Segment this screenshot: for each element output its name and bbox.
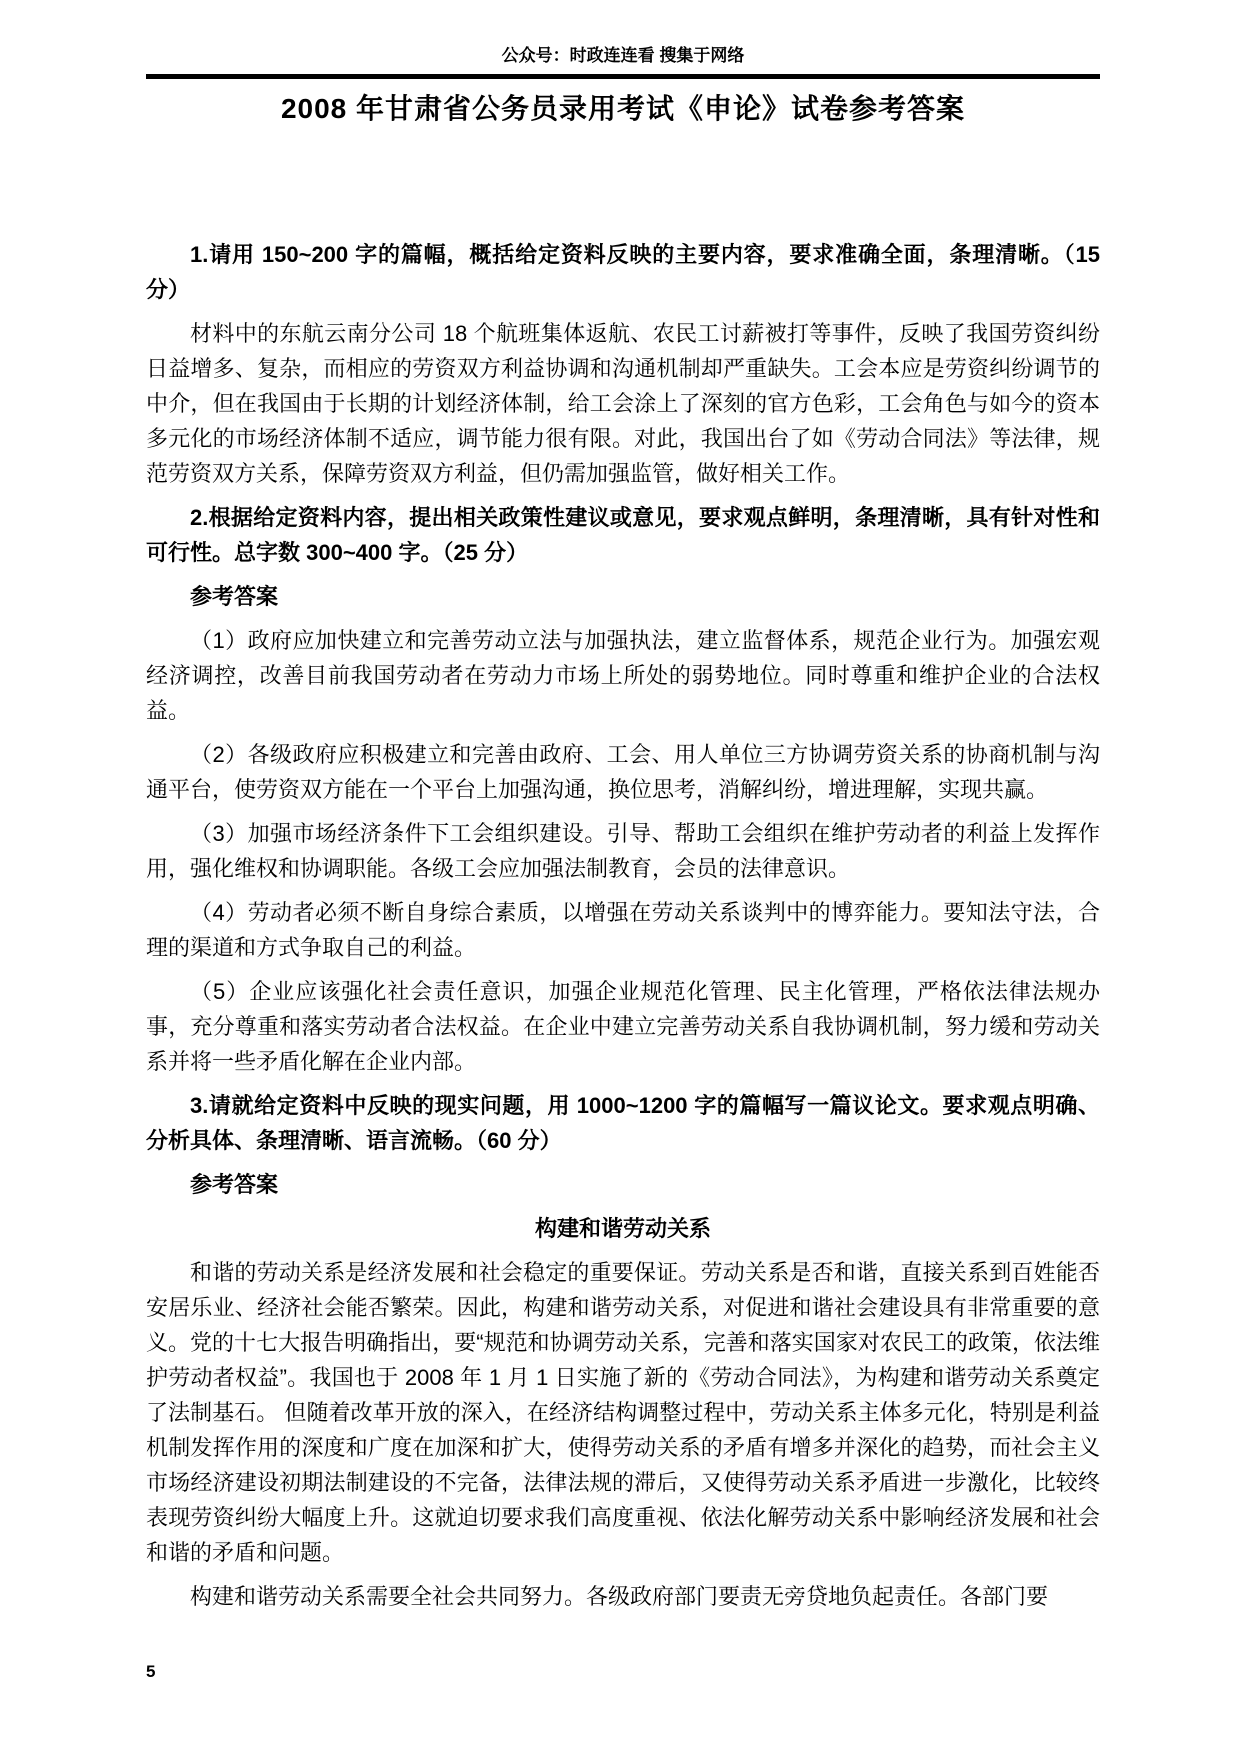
- essay-paragraph-2: 构建和谐劳动关系需要全社会共同努力。各级政府部门要责无旁贷地负起责任。各部门要: [146, 1579, 1100, 1614]
- page-number: 5: [146, 1662, 155, 1682]
- question-2: 2.根据给定资料内容，提出相关政策性建议或意见，要求观点鲜明，条理清晰，具有针对…: [146, 500, 1100, 570]
- suggestion-point-3: （3）加强市场经济条件下工会组织建设。引导、帮助工会组织在维护劳动者的利益上发挥…: [146, 816, 1100, 886]
- suggestion-point-5: （5）企业应该强化社会责任意识，加强企业规范化管理、民主化管理，严格依法律法规办…: [146, 974, 1100, 1079]
- answer-1-paragraph: 材料中的东航云南分公司 18 个航班集体返航、农民工讨薪被打等事件，反映了我国劳…: [146, 316, 1100, 491]
- document-title: 2008 年甘肃省公务员录用考试《申论》试卷参考答案: [146, 93, 1100, 125]
- reference-answer-label-2: 参考答案: [146, 1167, 1100, 1202]
- header-text: 公众号：时政连连看 搜集于网络: [502, 46, 745, 65]
- suggestion-point-4: （4）劳动者必须不断自身综合素质，以增强在劳动关系谈判中的博弈能力。要知法守法，…: [146, 895, 1100, 965]
- page-header: 公众号：时政连连看 搜集于网络: [146, 0, 1100, 79]
- document-body: 1.请用 150~200 字的篇幅，概括给定资料反映的主要内容，要求准确全面，条…: [146, 237, 1100, 1614]
- suggestion-point-2: （2）各级政府应积极建立和完善由政府、工会、用人单位三方协调劳资关系的协商机制与…: [146, 737, 1100, 807]
- reference-answer-label-1: 参考答案: [146, 579, 1100, 614]
- essay-paragraph-1: 和谐的劳动关系是经济发展和社会稳定的重要保证。劳动关系是否和谐，直接关系到百姓能…: [146, 1255, 1100, 1570]
- essay-title: 构建和谐劳动关系: [146, 1211, 1100, 1246]
- question-1: 1.请用 150~200 字的篇幅，概括给定资料反映的主要内容，要求准确全面，条…: [146, 237, 1100, 307]
- document-page: 公众号：时政连连看 搜集于网络 2008 年甘肃省公务员录用考试《申论》试卷参考…: [0, 0, 1240, 1754]
- suggestion-point-1: （1）政府应加快建立和完善劳动立法与加强执法，建立监督体系，规范企业行为。加强宏…: [146, 623, 1100, 728]
- question-3: 3.请就给定资料中反映的现实问题，用 1000~1200 字的篇幅写一篇议论文。…: [146, 1088, 1100, 1158]
